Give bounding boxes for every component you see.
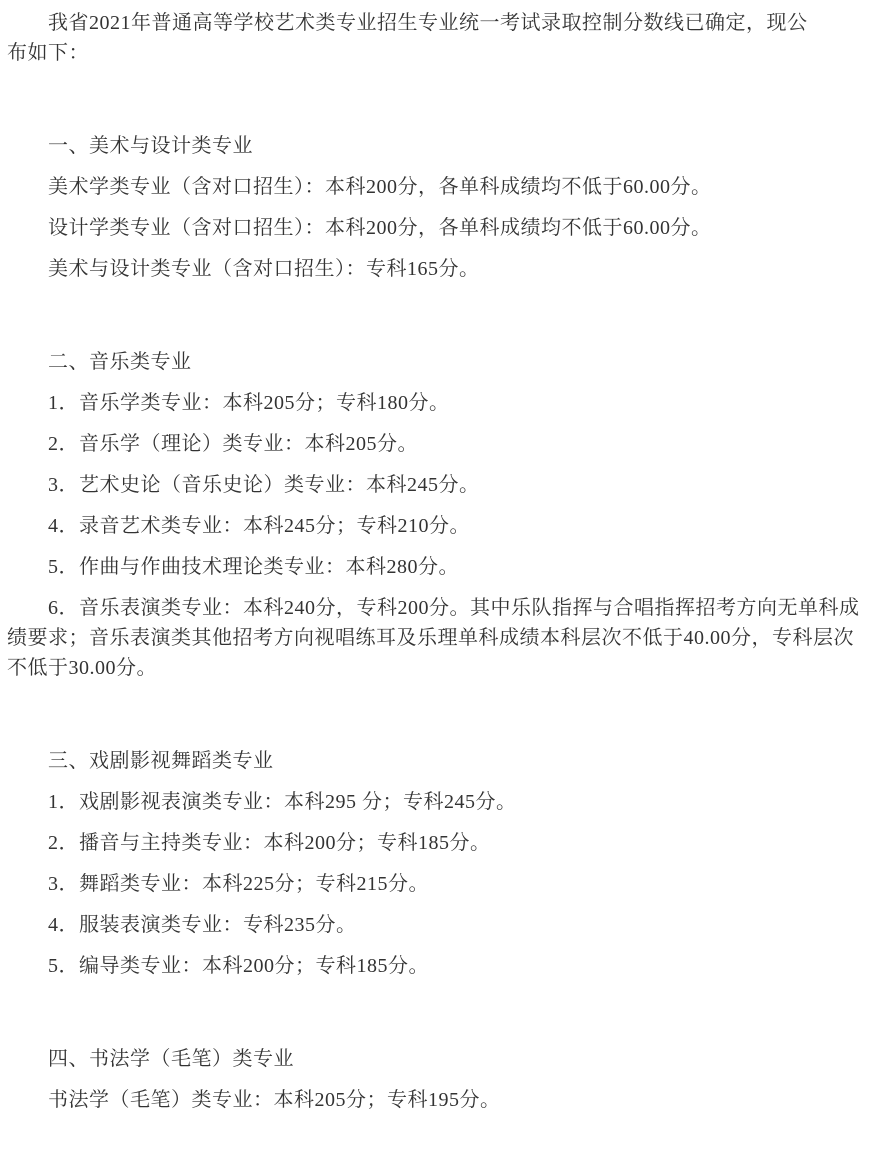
heading-text: 四、书法学（毛笔）类专业 [7, 1044, 885, 1074]
text-line: 绩要求；音乐表演类其他招考方向视唱练耳及乐理单科成绩本科层次不低于40.00分，… [7, 623, 885, 653]
score-line-item: 1．戏剧影视表演类专业：本科295 分；专科245分。 [7, 787, 885, 817]
score-line-item: 2．音乐学（理论）类专业：本科205分。 [7, 429, 885, 459]
text-line: 我省2021年普通高等学校艺术类专业招生专业统一考试录取控制分数线已确定，现公 [7, 8, 885, 38]
heading-text: 一、美术与设计类专业 [7, 131, 885, 161]
score-line-item: 1．音乐学类专业：本科205分；专科180分。 [7, 388, 885, 418]
text-line: 不低于30.00分。 [7, 653, 885, 683]
text-line: 5．编导类专业：本科200分；专科185分。 [7, 951, 885, 981]
score-line-item: 2．播音与主持类专业：本科200分；专科185分。 [7, 828, 885, 858]
score-line-item: 4．服装表演类专业：专科235分。 [7, 910, 885, 940]
score-line-item: 4．录音艺术类专业：本科245分；专科210分。 [7, 511, 885, 541]
text-line: 设计学类专业（含对口招生）：本科200分，各单科成绩均不低于60.00分。 [7, 213, 885, 243]
text-line: 4．录音艺术类专业：本科245分；专科210分。 [7, 511, 885, 541]
score-line-item: 6．音乐表演类专业：本科240分，专科200分。其中乐队指挥与合唱指挥招考方向无… [7, 593, 885, 683]
score-line-item: 美术与设计类专业（含对口招生）：专科165分。 [7, 254, 885, 284]
score-line-item: 3．艺术史论（音乐史论）类专业：本科245分。 [7, 470, 885, 500]
score-line-item: 设计学类专业（含对口招生）：本科200分，各单科成绩均不低于60.00分。 [7, 213, 885, 243]
heading-text: 二、音乐类专业 [7, 347, 885, 377]
score-line-item: 5．编导类专业：本科200分；专科185分。 [7, 951, 885, 981]
text-line: 3．舞蹈类专业：本科225分；专科215分。 [7, 869, 885, 899]
text-line: 1．戏剧影视表演类专业：本科295 分；专科245分。 [7, 787, 885, 817]
section-heading-calligraphy: 四、书法学（毛笔）类专业 [7, 1044, 885, 1074]
score-line-item: 美术学类专业（含对口招生）：本科200分，各单科成绩均不低于60.00分。 [7, 172, 885, 202]
text-line: 4．服装表演类专业：专科235分。 [7, 910, 885, 940]
score-line-item: 5．作曲与作曲技术理论类专业：本科280分。 [7, 552, 885, 582]
text-line: 5．作曲与作曲技术理论类专业：本科280分。 [7, 552, 885, 582]
text-line: 6．音乐表演类专业：本科240分，专科200分。其中乐队指挥与合唱指挥招考方向无… [7, 593, 885, 623]
announcement-document: 我省2021年普通高等学校艺术类专业招生专业统一考试录取控制分数线已确定，现公 … [0, 0, 885, 1115]
heading-text: 三、戏剧影视舞蹈类专业 [7, 746, 885, 776]
section-heading-drama-dance: 三、戏剧影视舞蹈类专业 [7, 746, 885, 776]
text-line: 2．播音与主持类专业：本科200分；专科185分。 [7, 828, 885, 858]
text-line: 书法学（毛笔）类专业：本科205分；专科195分。 [7, 1085, 885, 1115]
text-line: 3．艺术史论（音乐史论）类专业：本科245分。 [7, 470, 885, 500]
section-heading-art-design: 一、美术与设计类专业 [7, 131, 885, 161]
score-line-item: 书法学（毛笔）类专业：本科205分；专科195分。 [7, 1085, 885, 1115]
score-line-item: 3．舞蹈类专业：本科225分；专科215分。 [7, 869, 885, 899]
section-heading-music: 二、音乐类专业 [7, 347, 885, 377]
intro-paragraph: 我省2021年普通高等学校艺术类专业招生专业统一考试录取控制分数线已确定，现公 … [7, 8, 885, 68]
text-line: 美术与设计类专业（含对口招生）：专科165分。 [7, 254, 885, 284]
text-line: 布如下： [7, 38, 885, 68]
text-line: 2．音乐学（理论）类专业：本科205分。 [7, 429, 885, 459]
text-line: 1．音乐学类专业：本科205分；专科180分。 [7, 388, 885, 418]
text-line: 美术学类专业（含对口招生）：本科200分，各单科成绩均不低于60.00分。 [7, 172, 885, 202]
